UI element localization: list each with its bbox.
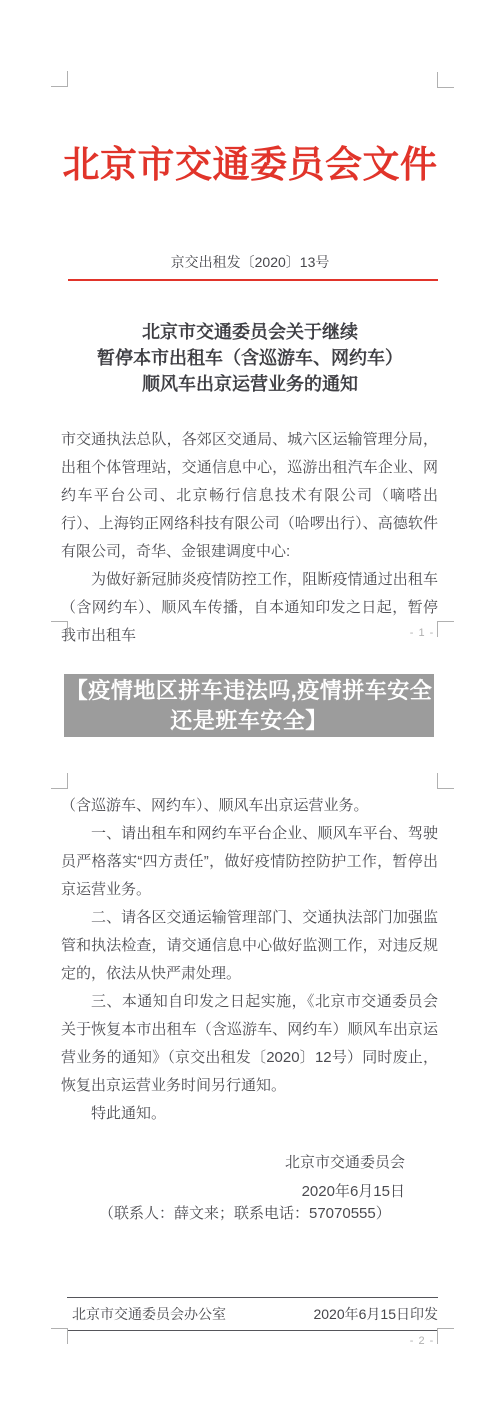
footer-rule-bottom: [67, 1330, 438, 1331]
page-number-1: - 1 -: [406, 627, 438, 639]
opening-paragraph: 为做好新冠肺炎疫情防控工作，阻断疫情通过出租车（含网约车）、顺风车传播，自本通知…: [61, 566, 438, 650]
crop-mark-page1-top-right: [437, 72, 454, 88]
document-number: 京交出租发〔2020〕13号: [0, 252, 500, 272]
document-page: 北京市交通委员会文件 京交出租发〔2020〕13号 北京市交通委员会关于继续 暂…: [0, 0, 500, 1413]
page-number-2: - 2 -: [406, 1335, 438, 1347]
signature-org: 北京市交通委员会: [285, 1148, 405, 1177]
body-paragraph: （含巡游车、网约车）、顺风车出京运营业务。: [61, 792, 438, 820]
notice-title-line-2: 暂停本市出租车（含巡游车、网约车）: [0, 345, 500, 371]
body-paragraph: 三、本通知自印发之日起实施，《北京市交通委员会关于恢复本市出租车（含巡游车、网约…: [61, 988, 438, 1100]
crop-mark-page2-top-left: [51, 773, 68, 789]
caption-overlay: 【疫情地区拼车违法吗,疫情拼车安全 还是班车安全】: [64, 674, 434, 737]
crop-mark-page1-bottom-right: [437, 621, 454, 637]
notice-title-line-3: 顺风车出京运营业务的通知: [0, 371, 500, 397]
page2-body: （含巡游车、网约车）、顺风车出京运营业务。 一、请出租车和网约车平台企业、顺风车…: [61, 792, 438, 1128]
body-paragraph: 二、请各区交通运输管理部门、交通执法部门加强监管和执法检查，请交通信息中心做好监…: [61, 904, 438, 988]
footer-issuer: 北京市交通委员会办公室: [67, 1304, 226, 1324]
signature-block: 北京市交通委员会 2020年6月15日: [285, 1148, 405, 1206]
footer-print-date: 2020年6月15日印发: [313, 1304, 438, 1324]
notice-title: 北京市交通委员会关于继续 暂停本市出租车（含巡游车、网约车） 顺风车出京运营业务…: [0, 319, 500, 397]
red-divider: [68, 279, 438, 281]
body-paragraph: 特此通知。: [61, 1100, 438, 1128]
crop-mark-page1-bottom-left: [51, 621, 68, 637]
footer-rule-top: [67, 1297, 438, 1298]
recipients-paragraph: 市交通执法总队，各郊区交通局、城六区运输管理分局，出租个体管理站，交通信息中心，…: [61, 426, 438, 566]
notice-title-line-1: 北京市交通委员会关于继续: [0, 319, 500, 345]
page1-body: 市交通执法总队，各郊区交通局、城六区运输管理分局，出租个体管理站，交通信息中心，…: [61, 426, 438, 650]
footer-row: 北京市交通委员会办公室 2020年6月15日印发: [67, 1304, 438, 1324]
document-header-title: 北京市交通委员会文件: [0, 142, 500, 188]
crop-mark-page1-top-left: [51, 71, 68, 87]
crop-mark-page2-top-right: [437, 773, 454, 789]
body-paragraph: 一、请出租车和网约车平台企业、顺风车平台、驾驶员严格落实“四方责任”，做好疫情防…: [61, 820, 438, 904]
crop-mark-page2-bottom-right: [437, 1328, 454, 1344]
caption-text-line-1: 【疫情地区拼车违法吗,疫情拼车安全: [66, 676, 433, 706]
contact-line: （联系人：薛文来；联系电话：57070555）: [99, 1202, 391, 1223]
crop-mark-page2-bottom-left: [51, 1328, 68, 1344]
caption-text-line-2: 还是班车安全】: [170, 706, 328, 736]
